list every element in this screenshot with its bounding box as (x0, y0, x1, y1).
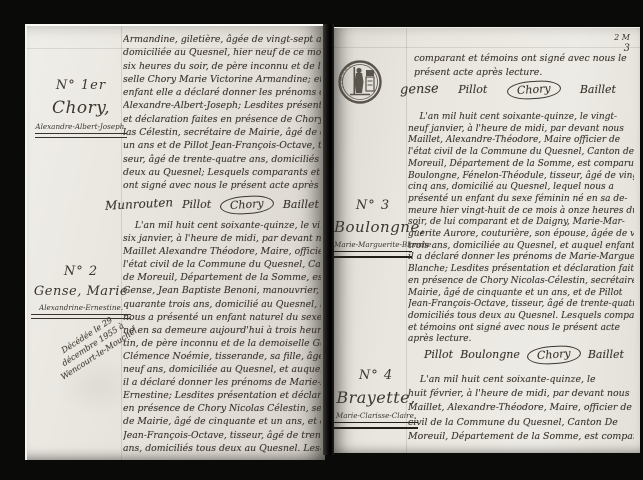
act3-signatures: Pillot Boulongne Chory Baillet (424, 346, 624, 364)
act3-given-names: Marie-Marguerite-Blanche. (334, 240, 412, 249)
act3-number: N° 3 (334, 198, 412, 213)
act4-underline (334, 422, 418, 429)
book-gutter (323, 24, 334, 455)
act3-surname: Boulongne, (334, 218, 412, 236)
act3-margin-note: N° 3 Boulongne, Marie-Marguerite-Blanche… (334, 198, 412, 258)
signature-baillet: Baillet (580, 83, 616, 96)
act4-margin-note: N° 4 Brayette, Marie-Clarisse-Claire. (334, 368, 418, 429)
signature-chory-circled: Chory (526, 344, 581, 366)
signature-declarant: Munrouten (105, 195, 174, 213)
signature-pillot: Pillot (182, 198, 211, 211)
act4-body-text: L'an mil huit cent soixante-quinze, lehu… (408, 373, 634, 444)
signature-chory-circled: Chory (506, 79, 561, 101)
act2-ending-text: comparant et témoins ont signé avec nous… (414, 52, 634, 79)
act1-number: N° 1er (35, 78, 127, 93)
signature-boulongne: Boulongne (460, 348, 520, 361)
act1-underline (35, 133, 127, 138)
signature-pillot: Pillot (458, 83, 487, 96)
paper-smudge (57, 356, 137, 416)
act4-given-names: Marie-Clarisse-Claire. (334, 411, 418, 420)
signature-gense: gense (400, 81, 439, 97)
right-register-page: 2 M 3 TIMBRE comparant et témoins ont si… (334, 27, 640, 453)
horizontal-crease (334, 47, 640, 48)
left-register-page: N° 1er Chory, Alexandre-Albert-Joseph. A… (25, 24, 325, 460)
act1-body-text: Armandine, giletière, âgée de vingt-sept… (123, 33, 321, 193)
act2-number: N° 2 (31, 264, 131, 279)
revenue-stamp-icon: TIMBRE (336, 58, 384, 106)
act4-number: N° 4 (334, 368, 418, 383)
act2-signatures: gense Pillot Chory Baillet (400, 81, 616, 99)
act3-underline (334, 251, 412, 258)
act1-signatures: Munrouten Pillot Chory Baillet (105, 196, 319, 214)
folio-annotation: 2 M 3 (614, 32, 630, 54)
act4-surname: Brayette, (334, 388, 418, 407)
signature-chory-circled: Chory (220, 194, 275, 216)
signature-baillet: Baillet (588, 348, 624, 361)
act1-margin-note: N° 1er Chory, Alexandre-Albert-Joseph. (35, 78, 127, 138)
archival-scan-viewport: { "colors": { "background": "#0a0a09", "… (0, 0, 643, 480)
act3-body-text: L'an mil huit cent soixante-quinze, le v… (408, 112, 634, 346)
signature-baillet: Baillet (283, 198, 319, 211)
act1-given-names: Alexandre-Albert-Joseph. (35, 122, 127, 131)
act2-body-text: L'an mil huit cent soixante-quinze, le v… (123, 219, 321, 455)
signature-pillot: Pillot (424, 348, 453, 361)
folio-mark: 2 M (614, 32, 630, 43)
act2-surname: Gense, Marie (31, 284, 131, 299)
act1-surname: Chory, (35, 98, 127, 118)
